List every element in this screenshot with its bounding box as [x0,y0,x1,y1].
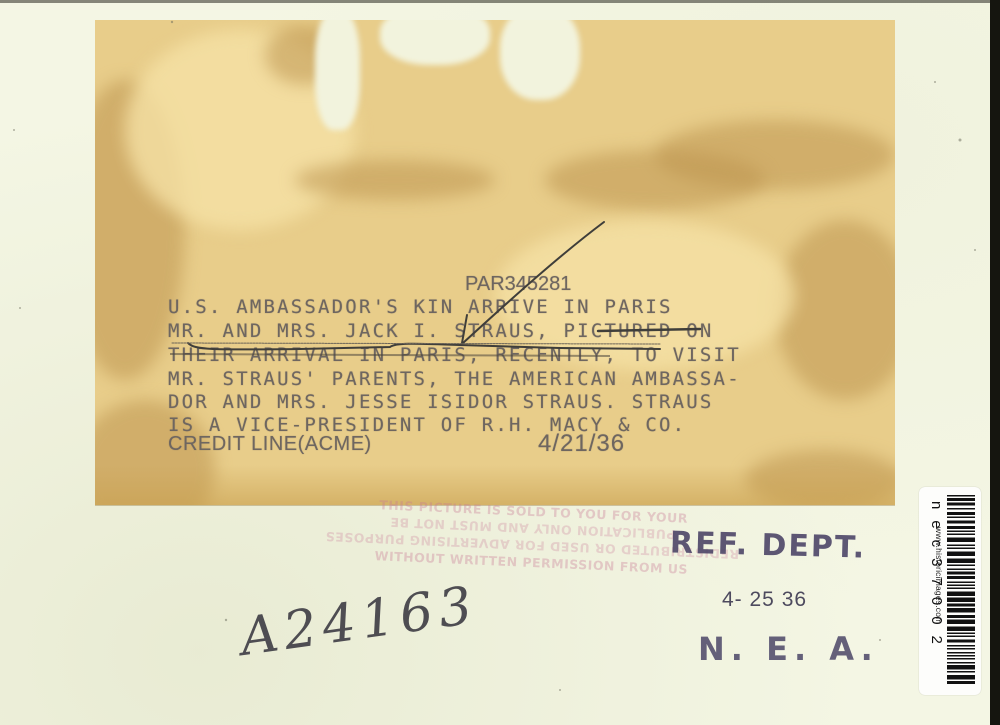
paper-loss [500,20,580,100]
caption-line: MR. AND MRS. JACK I. STRAUS, PICTURED ON [168,322,714,341]
stain [295,160,495,200]
credit-line: CREDIT LINE(ACME) [168,434,372,454]
scan-border [0,0,990,3]
ref-dept-stamp: REF. DEPT. [670,525,867,565]
barcode-sticker: www.historicimages.com nec37002 [919,487,981,695]
paper-loss [315,20,360,130]
clipping-reference-code: PAR345281 [465,274,571,294]
stain [775,220,895,400]
caption-date: 4/21/36 [538,432,625,456]
barcode-icon [947,495,975,687]
stain-edge [95,465,895,505]
ref-dept-stamp-date: 4- 25 36 [722,588,807,612]
scan-border [990,0,1000,725]
caption-line: DOR AND MRS. JESSE ISIDOR STRAUS. STRAUS [168,393,714,412]
caption-line: THEIR ARRIVAL IN PARIS, RECENTLY, TO VIS… [168,346,741,365]
agency-stamp: N. E. A. [698,630,879,668]
photo-back-paper: PAR345281 U.S. AMBASSADOR'S KIN ARRIVE I… [0,0,990,725]
paper-loss [380,20,490,65]
handwritten-archive-number: A24163 [237,575,482,668]
clipping-headline: U.S. AMBASSADOR'S KIN ARRIVE IN PARIS [168,298,673,317]
barcode-code: nec37002 [921,501,945,691]
stain [545,150,765,210]
caption-line: MR. STRAUS' PARENTS, THE AMERICAN AMBASS… [168,370,741,389]
